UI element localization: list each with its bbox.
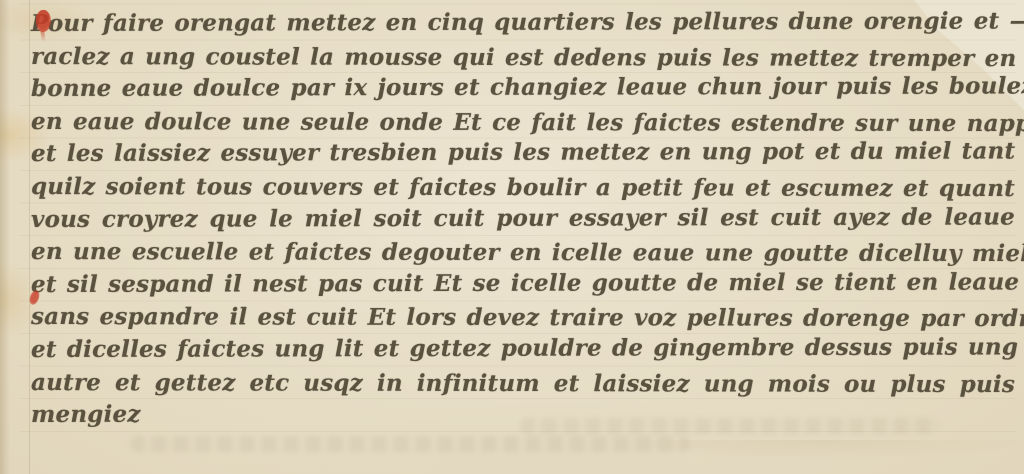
manuscript-line: quilz soient tous couvers et faictes bou…	[31, 171, 1015, 206]
manuscript-line: vous croyrez que le miel soit cuit pour …	[31, 201, 1015, 236]
manuscript-line: bonne eaue doulce par ix jours et changi…	[31, 71, 1015, 106]
manuscript-line: et les laissiez essuyer tresbien puis le…	[31, 136, 1015, 171]
manuscript-line: sans espandre il est cuit Et lors devez …	[31, 301, 1015, 336]
manuscript-line: et dicelles faictes ung lit et gettez po…	[31, 331, 1015, 366]
manuscript-line: en une escuelle et faictes degouter en i…	[31, 236, 1015, 271]
manuscript-line: Pour faire orengat mettez en cinq quarti…	[31, 5, 1015, 40]
margin-ruling-line	[29, 0, 30, 474]
binding-gutter-shadow	[0, 0, 10, 474]
verso-showthrough	[520, 418, 940, 434]
text-block: Pour faire orengat mettez en cinq quarti…	[31, 8, 1015, 432]
manuscript-page: Pour faire orengat mettez en cinq quarti…	[0, 0, 1024, 474]
parchment-discoloration	[620, 440, 1024, 474]
manuscript-line: et sil sespand il nest pas cuit Et se ic…	[31, 266, 1015, 301]
verso-showthrough	[130, 436, 690, 452]
